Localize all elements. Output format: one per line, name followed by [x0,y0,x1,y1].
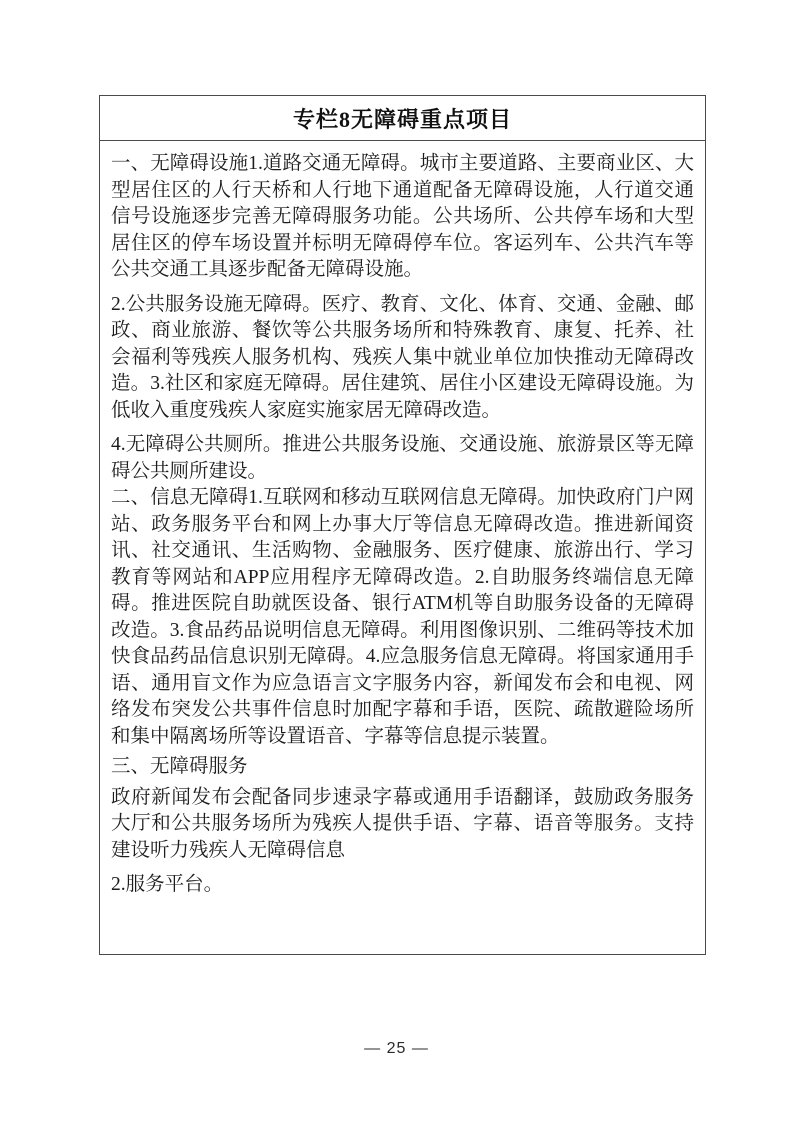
panel-title: 专栏8无障碍重点项目 [100,96,705,141]
paragraph-public-service-facilities: 2.公共服务设施无障碍。医疗、教育、文化、体育、交通、金融、邮政、商业旅游、餐饮… [111,292,694,425]
paragraph-information-accessibility: 二、信息无障碍1.互联网和移动互联网信息无障碍。加快政府门户网站、政务服务平台和… [111,485,694,750]
paragraph-services-body: 政府新闻发布会配备同步速录字幕或通用手语翻译，鼓励政务服务大厅和公共服务场所为残… [111,785,694,865]
paragraph-facilities: 一、无障碍设施1.道路交通无障碍。城市主要道路、主要商业区、大型居住区的人行天桥… [111,151,694,284]
paragraph-public-toilets: 4.无障碍公共厕所。推进公共服务设施、交通设施、旅游景区等无障碍公共厕所建设。 [111,432,694,485]
paragraph-services-heading: 三、无障碍服务 [111,754,694,781]
panel-body: 一、无障碍设施1.道路交通无障碍。城市主要道路、主要商业区、大型居住区的人行天桥… [100,141,705,899]
paragraph-service-platform: 2.服务平台。 [111,872,694,899]
document-page: 专栏8无障碍重点项目 一、无障碍设施1.道路交通无障碍。城市主要道路、主要商业区… [0,0,793,1122]
page-number: — 25 — [0,1040,793,1058]
key-projects-panel: 专栏8无障碍重点项目 一、无障碍设施1.道路交通无障碍。城市主要道路、主要商业区… [99,95,706,955]
